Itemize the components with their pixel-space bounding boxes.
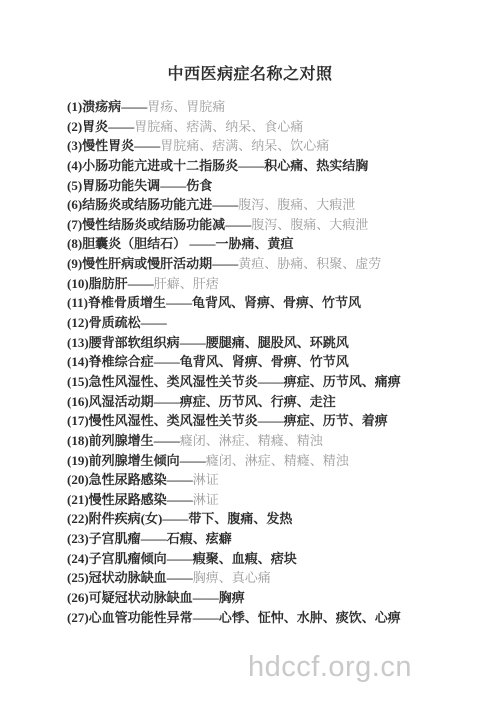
tcm-terms: 胃脘痛、痞满、纳呆、食心痛	[134, 119, 303, 134]
western-term: 风湿活动期	[89, 394, 154, 409]
western-term: 腰背部软组织病	[89, 335, 180, 350]
dash-separator: ——	[193, 590, 219, 605]
entry-number: (2)	[67, 119, 82, 134]
entry-number: (23)	[67, 531, 89, 546]
tcm-terms: 龟背风、肾痹、骨痹、竹节风	[180, 354, 349, 369]
dash-separator: ——	[167, 472, 193, 487]
list-item: (23)子宫肌瘤——石瘕、痃癖	[67, 529, 490, 549]
dash-separator: ——	[128, 276, 154, 291]
tcm-terms: 肝癖、肝痞	[154, 276, 219, 291]
western-term: 慢性尿路感染	[89, 492, 167, 507]
list-item: (20)急性尿路感染——淋证	[67, 470, 490, 490]
tcm-terms: 瘕聚、血瘕、痞块	[193, 551, 297, 566]
tcm-terms: 胸痹	[219, 590, 245, 605]
western-term: 慢性胃炎	[82, 138, 134, 153]
dash-separator: ——	[134, 138, 160, 153]
list-item: (17)慢性风湿性、类风湿性关节炎——痹症、历节、着痹	[67, 411, 490, 431]
dash-separator: ——	[225, 217, 251, 232]
list-item: (22)附件疾病(女)——带下、腹痛、发热	[67, 509, 490, 529]
dash-separator: ——	[160, 178, 186, 193]
western-term: 慢性结肠炎或结肠功能减	[82, 217, 225, 232]
entry-number: (9)	[67, 256, 82, 271]
western-term: 脂肪肝	[89, 276, 128, 291]
tcm-terms: 痹症、历节风、行痹、走注	[180, 394, 336, 409]
list-item: (24)子宫肌瘤倾向——瘕聚、血瘕、痞块	[67, 549, 490, 569]
list-item: (9)慢性肝病或慢肝活动期——黄疸、胁痛、积聚、虚劳	[67, 254, 490, 274]
tcm-terms: 黄疸、胁痛、积聚、虚劳	[238, 256, 381, 271]
entry-number: (13)	[67, 335, 89, 350]
entry-number: (19)	[67, 453, 89, 468]
entry-number: (18)	[67, 433, 89, 448]
entry-number: (21)	[67, 492, 89, 507]
western-term: 溃疡病	[82, 99, 121, 114]
page-title: 中西医病症名称之对照	[0, 61, 500, 84]
list-item: (6)结肠炎或结肠功能亢进——腹泻、腹痛、大瘕泄	[67, 195, 490, 215]
western-term: 子宫肌瘤	[89, 531, 141, 546]
western-term: 胃炎	[82, 119, 108, 134]
dash-separator: ——	[180, 335, 206, 350]
dash-separator: ——	[167, 492, 193, 507]
western-term: 子宫肌瘤倾向	[89, 551, 167, 566]
western-term: 附件疾病(女)	[89, 511, 163, 526]
entry-number: (10)	[67, 276, 89, 291]
dash-separator: ——	[167, 551, 193, 566]
list-item: (7)慢性结肠炎或结肠功能减——腹泻、腹痛、大瘕泄	[67, 215, 490, 235]
list-item: (3)慢性胃炎——胃脘痛、痞满、纳呆、饮心痛	[67, 136, 490, 156]
tcm-terms: 腹泻、腹痛、大瘕泄	[251, 217, 368, 232]
western-term: 慢性肝病或慢肝活动期	[82, 256, 212, 271]
western-term: 结肠炎或结肠功能亢进	[82, 197, 212, 212]
dash-separator: ——	[154, 433, 180, 448]
list-item: (16)风湿活动期——痹症、历节风、行痹、走注	[67, 392, 490, 412]
western-term: 心血管功能性异常	[89, 610, 193, 625]
document-page: 中西医病症名称之对照 (1)溃疡病——胃疡、胃脘痛 (2)胃炎——胃脘痛、痞满、…	[0, 0, 500, 707]
list-item: (4)小肠功能亢进或十二指肠炎——积心痛、热实结胸	[67, 156, 490, 176]
list-item: (13)腰背部软组织病——腰腿痛、腿股风、环跳风	[67, 333, 490, 353]
dash-separator: ——	[238, 158, 264, 173]
tcm-terms: 腹泻、腹痛、大瘕泄	[238, 197, 355, 212]
tcm-terms: 胃脘痛、痞满、纳呆、饮心痛	[160, 138, 329, 153]
entry-number: (24)	[67, 551, 89, 566]
list-item: (14)脊椎综合症——龟背风、肾痹、骨痹、竹节风	[67, 352, 490, 372]
western-term: 胃肠功能失调	[82, 178, 160, 193]
western-term: 前列腺增生倾向	[89, 453, 180, 468]
dash-separator: ——	[212, 256, 238, 271]
tcm-terms: 淋证	[193, 492, 219, 507]
list-item: (26)可疑冠状动脉缺血——胸痹	[67, 588, 490, 608]
entry-number: (12)	[67, 315, 89, 330]
list-item: (1)溃疡病——胃疡、胃脘痛	[67, 97, 490, 117]
tcm-terms: 一胁痛、黄疸	[215, 236, 293, 251]
tcm-terms: 伤食	[186, 178, 212, 193]
entry-number: (20)	[67, 472, 89, 487]
dash-separator: ——	[108, 119, 134, 134]
dash-separator: ——	[193, 610, 219, 625]
list-item: (8)胆囊炎（胆结石） ——一胁痛、黄疸	[67, 234, 490, 254]
entry-number: (22)	[67, 511, 89, 526]
watermark: hdccf.org.cn	[248, 651, 412, 684]
entry-number: (26)	[67, 590, 89, 605]
dash-separator: ——	[154, 394, 180, 409]
western-term: 冠状动脉缺血	[89, 570, 167, 585]
entry-number: (11)	[67, 295, 88, 310]
list-item: (5)胃肠功能失调——伤食	[67, 176, 490, 196]
entry-number: (15)	[67, 374, 89, 389]
entry-number: (16)	[67, 394, 89, 409]
entry-number: (4)	[67, 158, 82, 173]
list-item: (10)脂肪肝——肝癖、肝痞	[67, 274, 490, 294]
dash-separator: ——	[167, 570, 193, 585]
entry-number: (14)	[67, 354, 89, 369]
dash-separator: ——	[154, 354, 180, 369]
list-item: (15)急性风湿性、类风湿性关节炎——痹症、历节风、痛痹	[67, 372, 490, 392]
list-item: (25)冠状动脉缺血——胸痹、真心痛	[67, 568, 490, 588]
western-term: 慢性风湿性、类风湿性关节炎	[89, 413, 258, 428]
entry-number: (25)	[67, 570, 89, 585]
tcm-terms: 积心痛、热实结胸	[264, 158, 368, 173]
list-item: (18)前列腺增生——癃闭、淋症、精癃、精浊	[67, 431, 490, 451]
list-item: (11)脊椎骨质增生——龟背风、肾痹、骨痹、竹节风	[67, 293, 490, 313]
western-term: 脊椎骨质增生	[88, 295, 166, 310]
tcm-terms: 胃疡、胃脘痛	[147, 99, 225, 114]
dash-separator: ——	[212, 197, 238, 212]
tcm-terms: 癃闭、淋症、精癃、精浊	[206, 453, 349, 468]
entry-number: (7)	[67, 217, 82, 232]
western-term: 急性尿路感染	[89, 472, 167, 487]
tcm-terms: 痹症、历节风、痛痹	[284, 374, 401, 389]
entry-number: (3)	[67, 138, 82, 153]
western-term: 急性风湿性、类风湿性关节炎	[89, 374, 258, 389]
dash-separator: ——	[166, 295, 192, 310]
list-item: (2)胃炎——胃脘痛、痞满、纳呆、食心痛	[67, 117, 490, 137]
list-item: (21)慢性尿路感染——淋证	[67, 490, 490, 510]
dash-separator: ——	[258, 374, 284, 389]
dash-separator: ——	[189, 236, 215, 251]
entry-number: (17)	[67, 413, 89, 428]
western-term: 胆囊炎（胆结石）	[82, 236, 189, 251]
western-term: 可疑冠状动脉缺血	[89, 590, 193, 605]
list-item: (27)心血管功能性异常——心悸、怔忡、水肿、痰饮、心痹	[67, 608, 490, 628]
tcm-terms: 癃闭、淋症、精癃、精浊	[180, 433, 323, 448]
tcm-terms: 龟背风、肾痹、骨痹、竹节风	[192, 295, 361, 310]
dash-separator: ——	[258, 413, 284, 428]
tcm-terms: 心悸、怔忡、水肿、痰饮、心痹	[219, 610, 401, 625]
list-item: (12)骨质疏松——	[67, 313, 490, 333]
dash-separator: ——	[121, 99, 147, 114]
tcm-terms: 痹症、历节、着痹	[284, 413, 388, 428]
dash-separator: ——	[180, 453, 206, 468]
entry-number: (27)	[67, 610, 89, 625]
entry-number: (5)	[67, 178, 82, 193]
list-item: (19)前列腺增生倾向——癃闭、淋症、精癃、精浊	[67, 451, 490, 471]
dash-separator: ——	[141, 531, 167, 546]
tcm-terms: 腰腿痛、腿股风、环跳风	[206, 335, 349, 350]
entry-number: (8)	[67, 236, 82, 251]
western-term: 前列腺增生	[89, 433, 154, 448]
tcm-terms: 淋证	[193, 472, 219, 487]
western-term: 小肠功能亢进或十二指肠炎	[82, 158, 238, 173]
dash-separator: ——	[141, 315, 167, 330]
tcm-terms: 石瘕、痃癖	[167, 531, 232, 546]
entry-number: (6)	[67, 197, 82, 212]
comparison-list: (1)溃疡病——胃疡、胃脘痛 (2)胃炎——胃脘痛、痞满、纳呆、食心痛 (3)慢…	[67, 97, 490, 627]
western-term: 骨质疏松	[89, 315, 141, 330]
tcm-terms: 带下、腹痛、发热	[188, 511, 292, 526]
western-term: 脊椎综合症	[89, 354, 154, 369]
dash-separator: ——	[162, 511, 188, 526]
tcm-terms: 胸痹、真心痛	[193, 570, 271, 585]
entry-number: (1)	[67, 99, 82, 114]
